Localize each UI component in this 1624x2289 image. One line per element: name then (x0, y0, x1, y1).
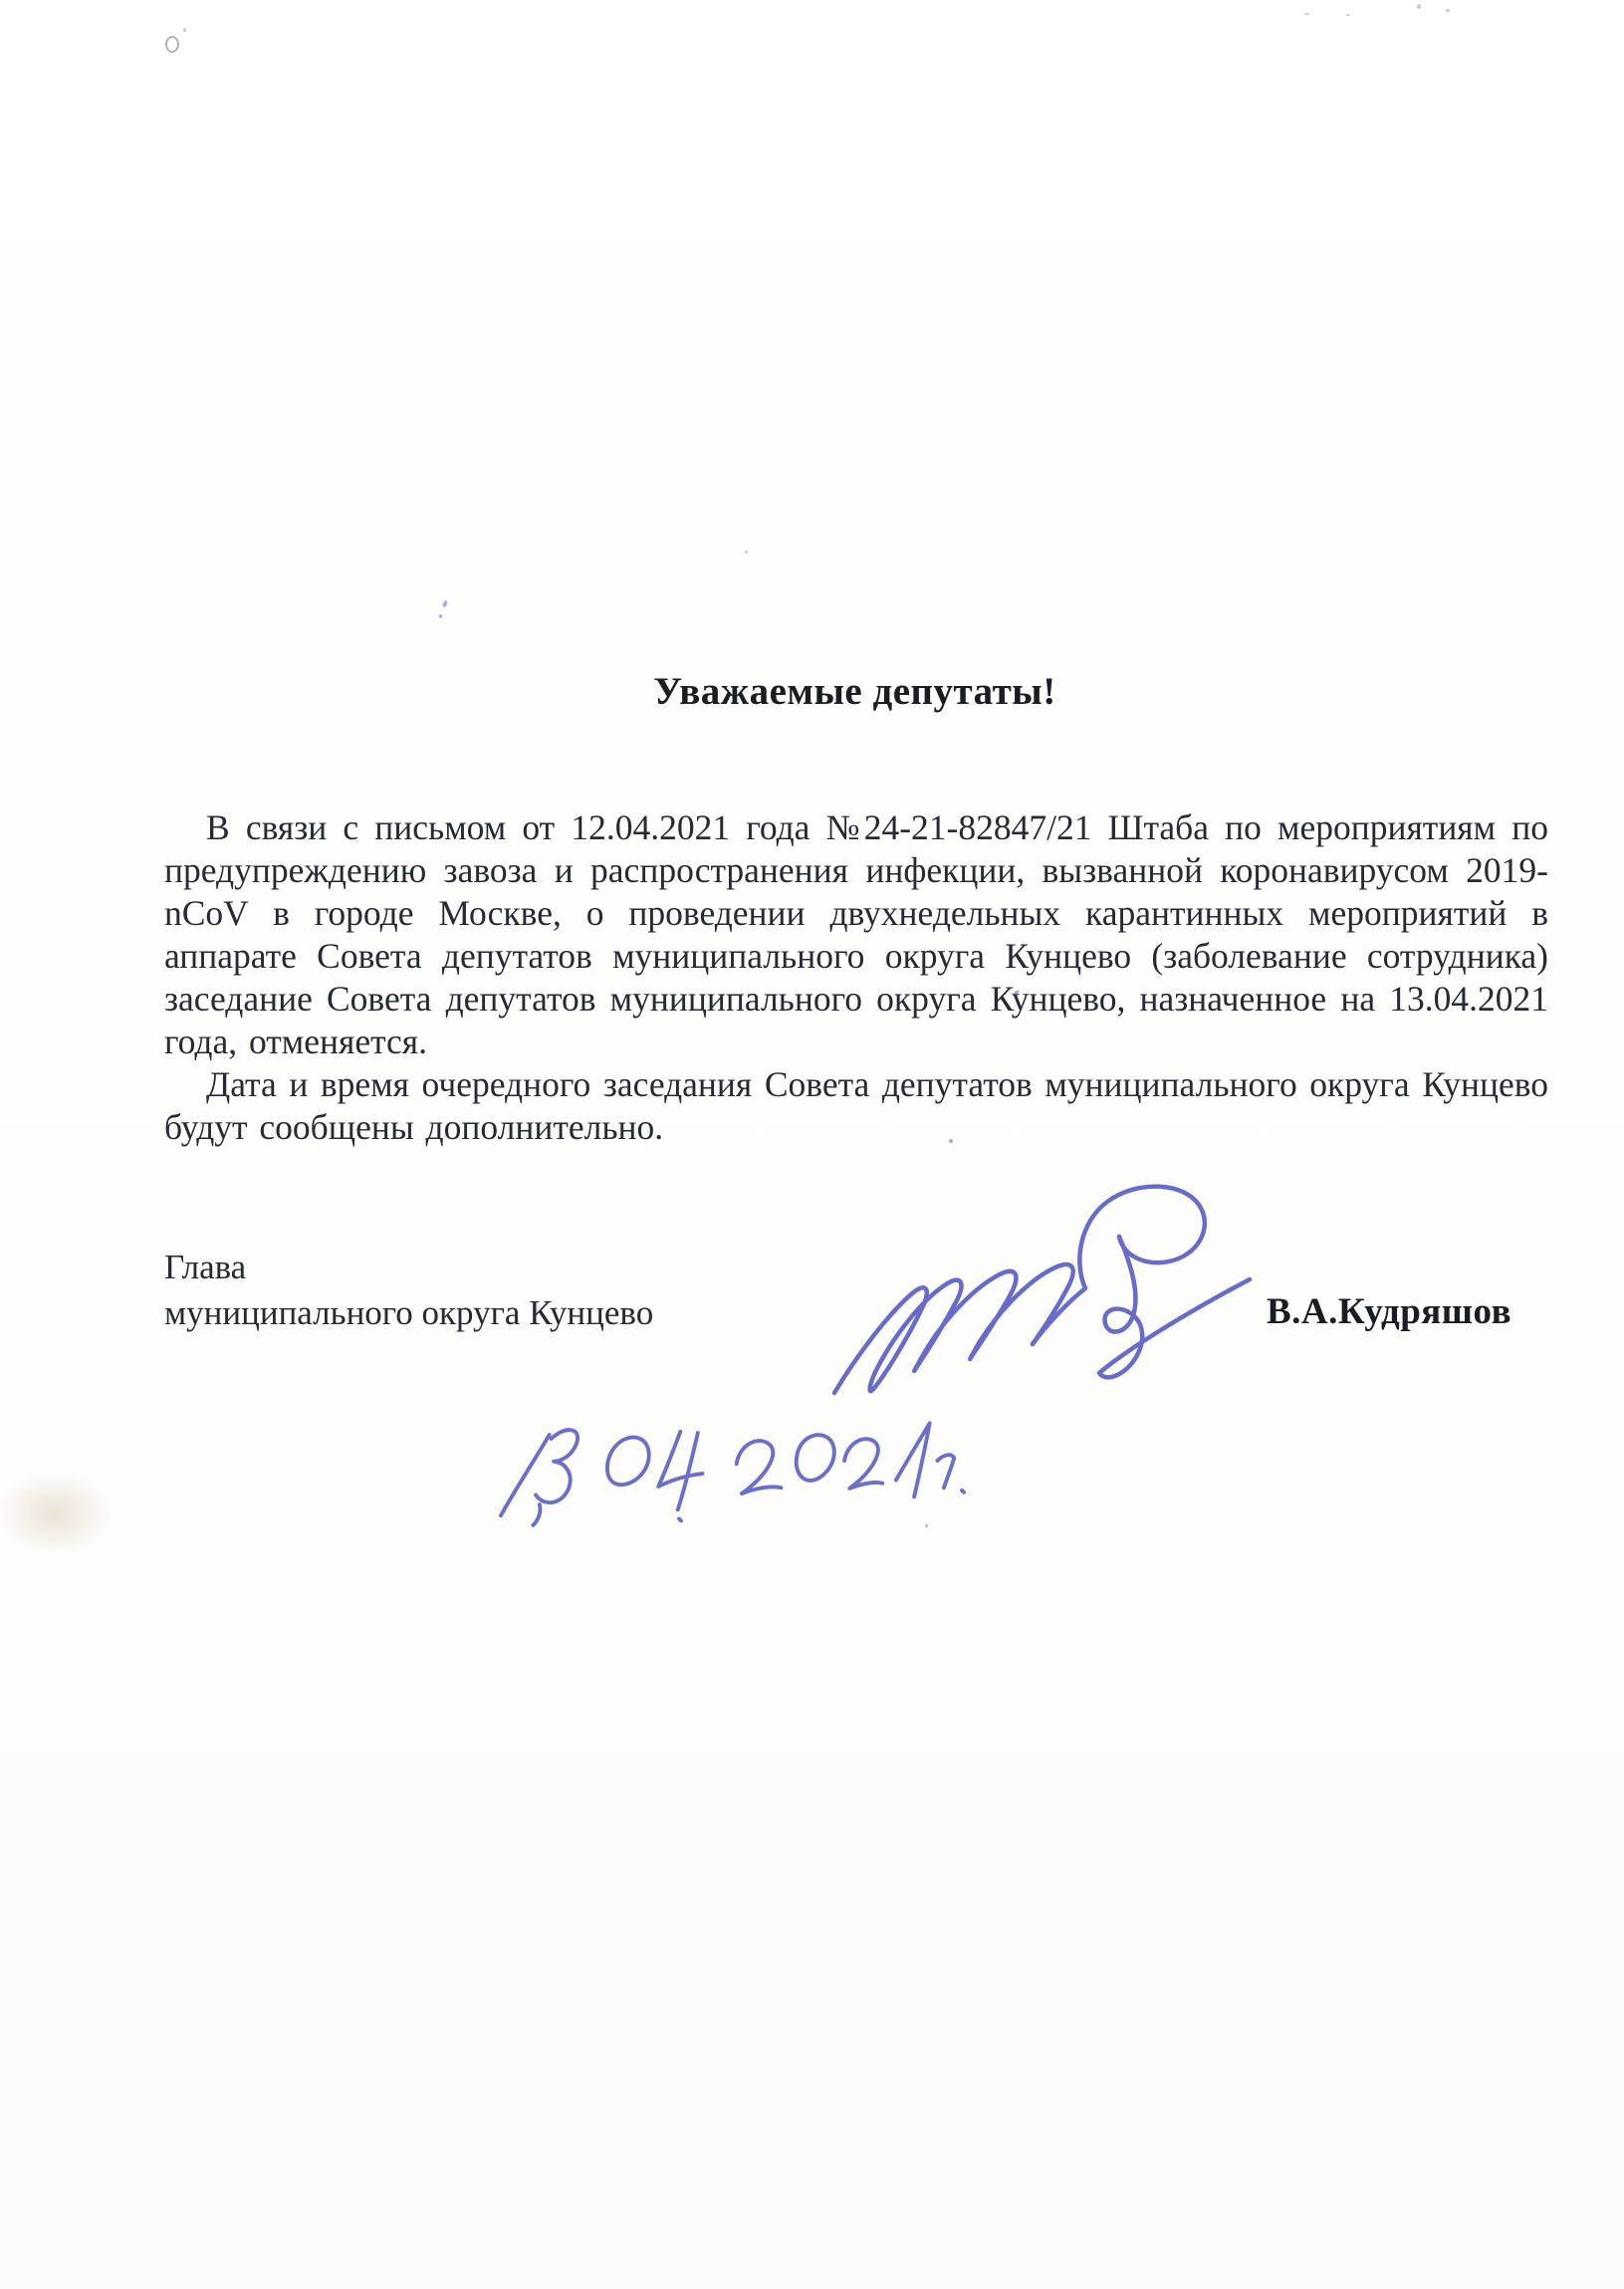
letter-body: В связи с письмом от 12.04.2021 года №24… (164, 806, 1548, 1149)
scan-smudge (0, 1474, 110, 1553)
scan-speck (1346, 14, 1350, 16)
letter-paragraph: Дата и время очередного заседания Совета… (164, 1063, 1548, 1149)
scan-speck (1417, 4, 1421, 9)
letter-salutation-title: Уважаемые депутаты! (164, 669, 1545, 714)
signature-position-line: Глава (164, 1245, 653, 1290)
scan-speck (949, 1139, 953, 1143)
handwritten-signature (777, 1167, 1265, 1411)
scan-speck (1304, 13, 1309, 15)
scan-speck (165, 36, 179, 53)
signature-position-line: муниципального округа Кунцево (164, 1290, 653, 1336)
signee-name: В.А.Кудряшов (1267, 1290, 1511, 1333)
scan-speck (439, 614, 442, 618)
signature-position-block: Глава муниципального округа Кунцево (164, 1245, 653, 1336)
scan-speck (183, 28, 186, 32)
handwritten-date: 13. 04. 2021г. (488, 1396, 966, 1565)
scan-speck (925, 1523, 928, 1528)
scan-speck (1446, 9, 1450, 12)
handwritten-date-ink (488, 1396, 966, 1564)
scan-speck (442, 600, 448, 608)
scanned-letter-page: Уважаемые депутаты! В связи с письмом от… (0, 0, 1624, 2289)
scan-speck (745, 551, 748, 554)
letter-paragraph: В связи с письмом от 12.04.2021 года №24… (164, 806, 1548, 1063)
